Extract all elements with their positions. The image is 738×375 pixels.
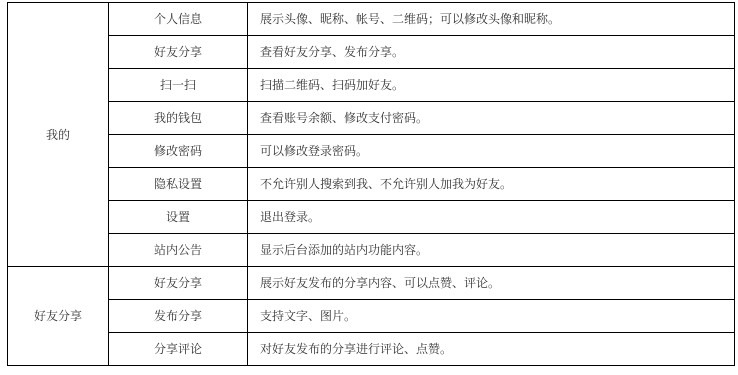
table-row: 我的 个人信息 展示头像、昵称、帐号、二维码；可以修改头像和昵称。 [8, 3, 735, 36]
description-cell: 支持文字、图片。 [248, 300, 735, 333]
module-cell-friend-share: 好友分享 [8, 267, 109, 366]
feature-cell: 发布分享 [109, 300, 248, 333]
description-cell: 显示后台添加的站内功能内容。 [248, 234, 735, 267]
feature-cell: 修改密码 [109, 135, 248, 168]
description-cell: 对好友发布的分享进行评论、点赞。 [248, 333, 735, 366]
feature-cell: 好友分享 [109, 267, 248, 300]
table-row: 分享评论 对好友发布的分享进行评论、点赞。 [8, 333, 735, 366]
table-row: 好友分享 查看好友分享、发布分享。 [8, 36, 735, 69]
feature-cell: 设置 [109, 201, 248, 234]
feature-cell: 分享评论 [109, 333, 248, 366]
description-cell: 展示好友发布的分享内容、可以点赞、评论。 [248, 267, 735, 300]
table-row: 修改密码 可以修改登录密码。 [8, 135, 735, 168]
table-row: 扫一扫 扫描二维码、扫码加好友。 [8, 69, 735, 102]
description-cell: 扫描二维码、扫码加好友。 [248, 69, 735, 102]
description-cell: 可以修改登录密码。 [248, 135, 735, 168]
feature-cell: 好友分享 [109, 36, 248, 69]
feature-table: 我的 个人信息 展示头像、昵称、帐号、二维码；可以修改头像和昵称。 好友分享 查… [7, 2, 735, 366]
feature-cell: 站内公告 [109, 234, 248, 267]
feature-cell: 扫一扫 [109, 69, 248, 102]
table-row: 设置 退出登录。 [8, 201, 735, 234]
description-cell: 查看账号余额、修改支付密码。 [248, 102, 735, 135]
feature-cell: 隐私设置 [109, 168, 248, 201]
feature-cell: 我的钱包 [109, 102, 248, 135]
description-cell: 不允许别人搜索到我、不允许别人加我为好友。 [248, 168, 735, 201]
feature-cell: 个人信息 [109, 3, 248, 36]
table-row: 我的钱包 查看账号余额、修改支付密码。 [8, 102, 735, 135]
module-cell-mine: 我的 [8, 3, 109, 267]
table-row: 发布分享 支持文字、图片。 [8, 300, 735, 333]
table-row: 隐私设置 不允许别人搜索到我、不允许别人加我为好友。 [8, 168, 735, 201]
description-cell: 展示头像、昵称、帐号、二维码；可以修改头像和昵称。 [248, 3, 735, 36]
description-cell: 查看好友分享、发布分享。 [248, 36, 735, 69]
table-row: 好友分享 好友分享 展示好友发布的分享内容、可以点赞、评论。 [8, 267, 735, 300]
table-row: 站内公告 显示后台添加的站内功能内容。 [8, 234, 735, 267]
description-cell: 退出登录。 [248, 201, 735, 234]
